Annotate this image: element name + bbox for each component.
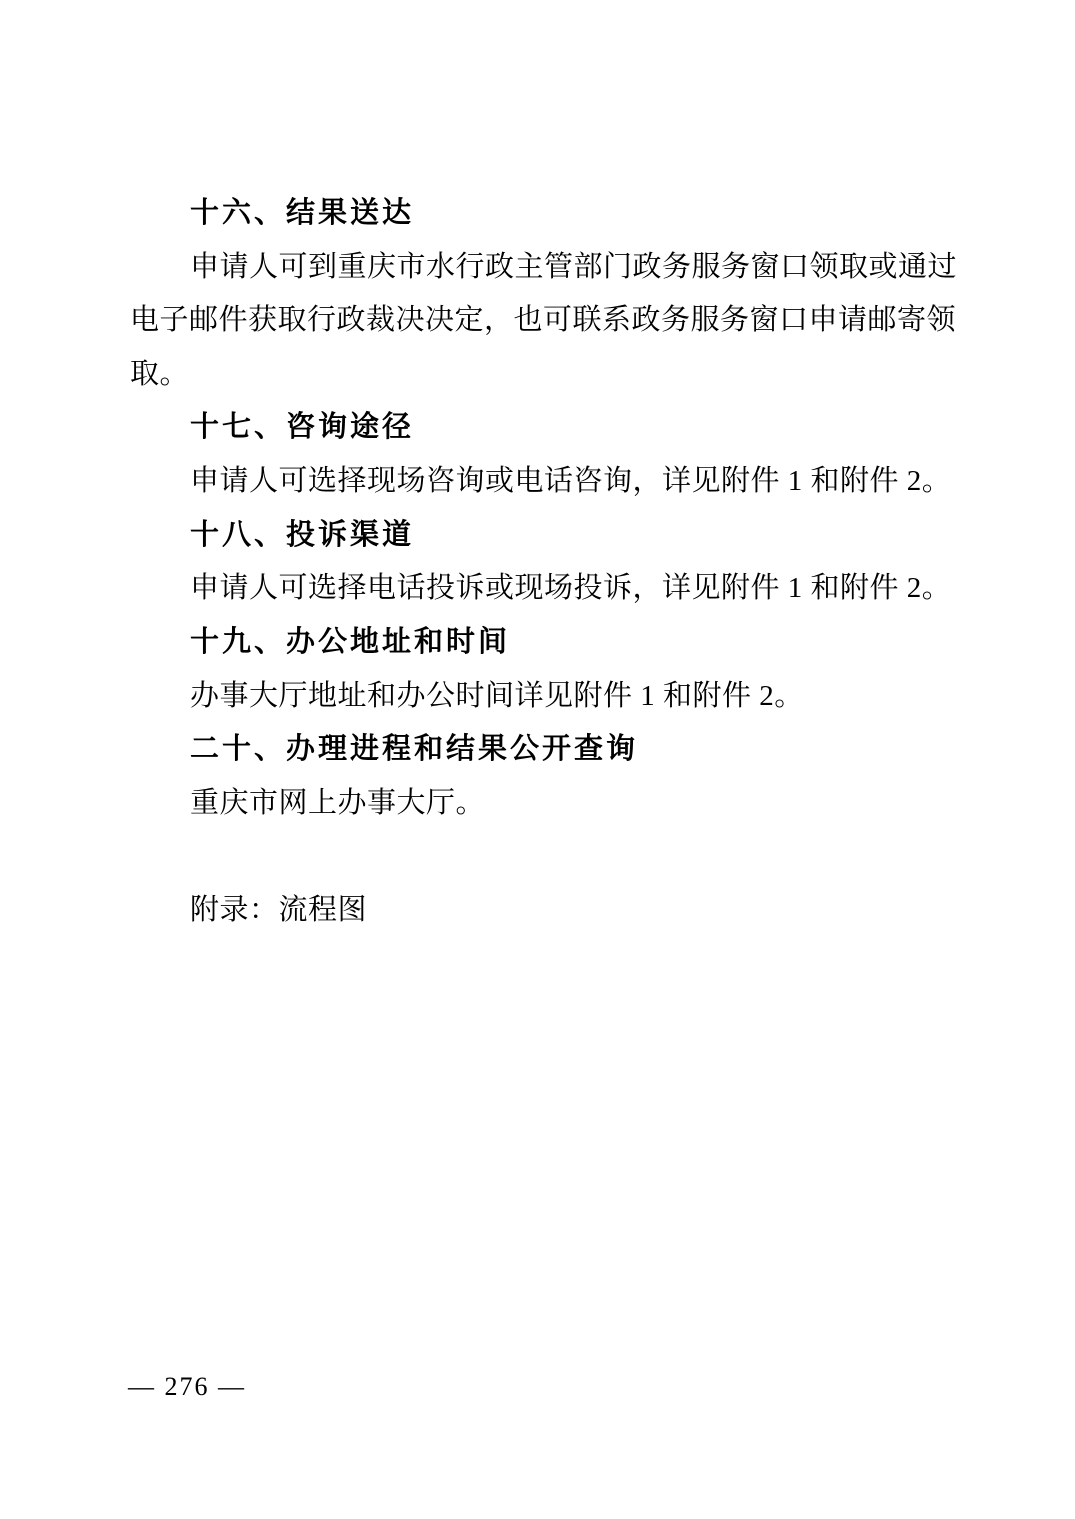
section-17-heading: 十七、咨询途径: [190, 411, 414, 444]
section-16-paragraph-line-3: 取。: [130, 358, 189, 391]
section-18-paragraph: 申请人可选择电话投诉或现场投诉，详见附件 1 和附件 2。: [190, 572, 951, 605]
section-19-heading: 十九、办公地址和时间: [190, 626, 510, 659]
page-number: — 276 —: [128, 1372, 246, 1402]
section-20-heading: 二十、办理进程和结果公开查询: [190, 733, 638, 766]
section-16-paragraph-line-1: 申请人可到重庆市水行政主管部门政务服务窗口领取或通过: [190, 251, 957, 284]
section-18-heading: 十八、投诉渠道: [190, 519, 414, 552]
section-19-paragraph: 办事大厅地址和办公时间详见附件 1 和附件 2。: [190, 680, 804, 713]
section-17-paragraph: 申请人可选择现场咨询或电话咨询，详见附件 1 和附件 2。: [190, 465, 951, 498]
appendix-note: 附录：流程图: [190, 894, 367, 927]
document-page: 十六、结果送达 申请人可到重庆市水行政主管部门政务服务窗口领取或通过 电子邮件获…: [0, 0, 1075, 1519]
section-20-paragraph: 重庆市网上办事大厅。: [190, 787, 485, 820]
section-16-heading: 十六、结果送达: [190, 197, 414, 230]
section-16-paragraph-line-2: 电子邮件获取行政裁决决定，也可联系政务服务窗口申请邮寄领: [130, 304, 956, 337]
